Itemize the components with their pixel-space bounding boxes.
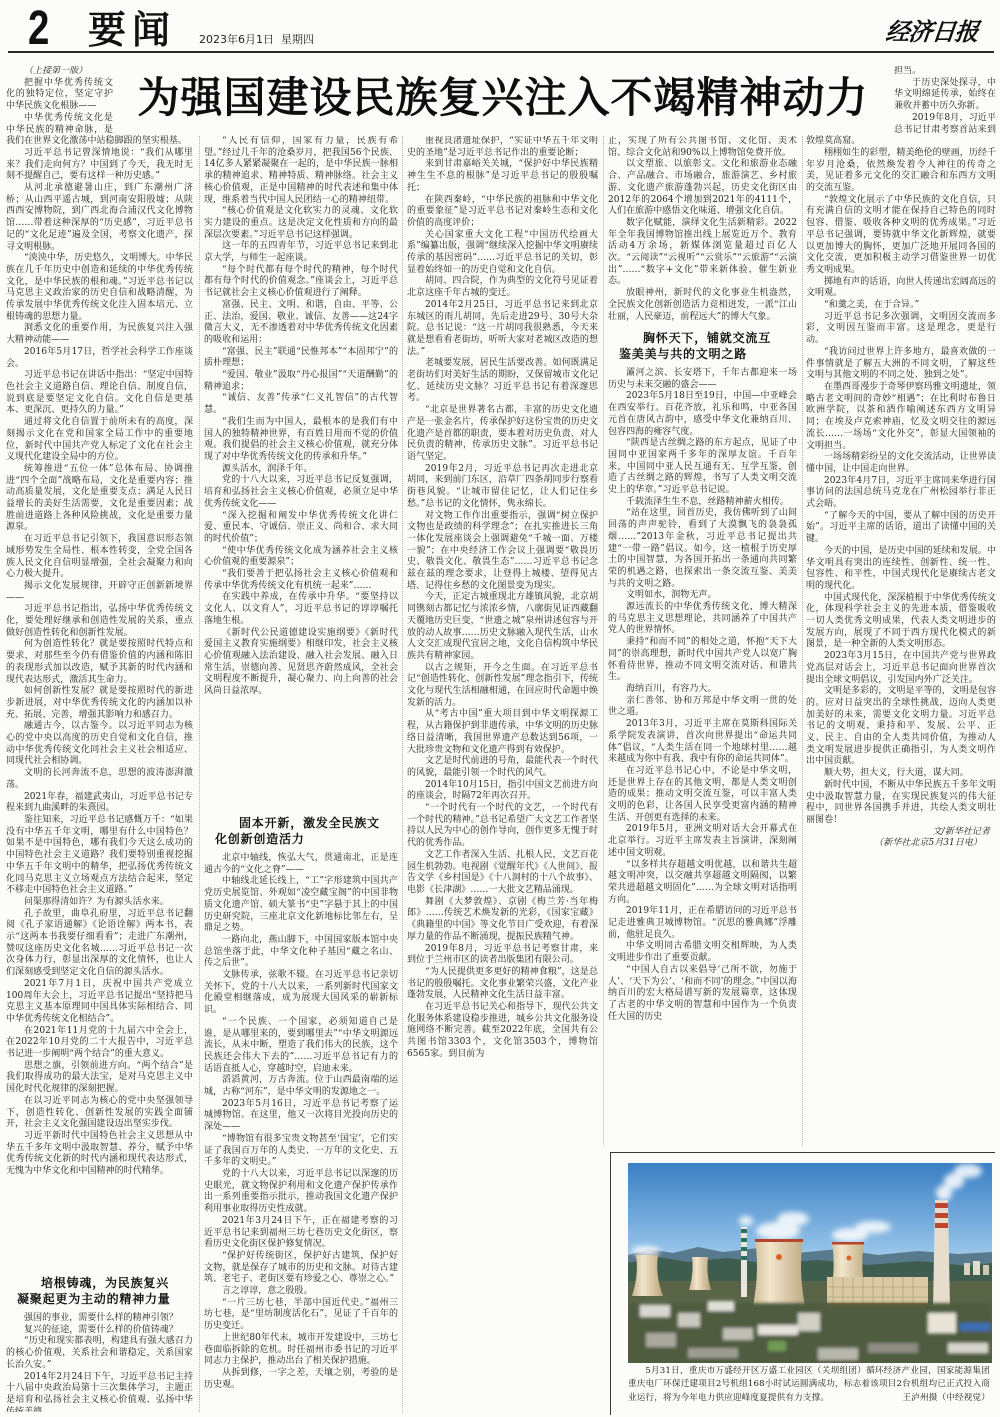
- article-column-2: “人民有信仰，国家有力量，民族有希望。”经过几千年的沧桑岁月，把我国56个民族、…: [204, 136, 398, 809]
- article-paragraph: 思想之旗，引领前进方向。“两个结合”是我们取得成功的最大法宝，是对马克思主义中国…: [6, 1061, 193, 1096]
- article-paragraph: 习近平总书记多次强调，文明因交流而多彩，文明因互鉴而丰富。这是理念，更是行动。: [806, 312, 996, 347]
- article-paragraph: “一片三坊七巷，半部中国近代史。”福州三坊七巷，是“里坊制度活化石”，见证了千百…: [204, 1298, 398, 1333]
- section-subheading: 胸怀天下，铺就交流互鉴美美与共的文明之路: [619, 330, 783, 362]
- article-paragraph: 海纳百川，有容乃大。: [608, 684, 797, 696]
- article-paragraph: 2023年3月15日，在中国共产党与世界政党高层对话会上，习近平总书记面向世界首…: [806, 651, 996, 686]
- masthead-rule: [8, 51, 994, 53]
- article-paragraph: 言之谆谆，意之殷殷。: [204, 1286, 398, 1298]
- article-paragraph: 揭示文化发展规律，开辟守正创新新境界——: [6, 581, 193, 604]
- article-paragraph: 党的十八大以来，习近平总书记反复强调，培育和弘扬社会主义核心价值观，必须立足中华…: [204, 475, 398, 510]
- article-paragraph: “我访问过世界上许多地方，最喜欢做的一件事情就是了解五大洲的不同文明，了解这些文…: [806, 347, 996, 382]
- article-paragraph: 灞河之滨、长安塔下，千年古都迎来一场历史与未来交融的盛会——: [608, 368, 797, 391]
- column-rule: [603, 136, 604, 1146]
- article-paragraph: 从拆到修，一字之差，天壤之别，考验的是历史观。: [204, 1368, 398, 1391]
- article-paragraph: 舞剧《大梦敦煌》、京剧《梅兰芳·当年梅郎》……传统艺术焕发新的光彩，《国家宝藏》…: [407, 897, 598, 944]
- article-paragraph: 在墨西哥漫步于奇琴伊察玛雅文明遗址，领略古老文明间的奇妙“相遇”；在比利时布鲁日…: [806, 382, 996, 452]
- article-paragraph: 文艺是时代前进的号角，最能代表一个时代的风貌，最能引领一个时代的风气。: [407, 756, 598, 779]
- weekday-text: 星期四: [281, 33, 314, 46]
- headline-wrap-spacer: [806, 66, 894, 136]
- article-paragraph: 在习近平总书记关心和指导下，现代公共文化服务体系建设稳步推进，城乡公共文化服务设…: [407, 1002, 598, 1061]
- article-headline: 为强国建设民族复兴注入不竭精神动力: [118, 70, 888, 126]
- article-column-4-section-2: 胸怀天下，铺就交流互鉴美美与共的文明之路灞河之滨、长安塔下，千年古都迎来一场历史…: [608, 324, 797, 1146]
- article-paragraph: “我们要善于把弘扬社会主义核心价值观和传承中华优秀传统文化有机统一起来”……: [204, 569, 398, 592]
- byline: 文/新华社记者: [806, 827, 996, 839]
- article-paragraph: 来到甘肃嘉峪关关城，“保护好中华民族精神生生不息的根脉”是习近平总书记的殷殷嘱托…: [407, 159, 598, 194]
- article-paragraph: 2023年5月16日，习近平总书记考察了运城博物馆。在这里，他又一次将目光投向历…: [204, 1099, 398, 1134]
- article-paragraph: 2021年7月1日，庆祝中国共产党成立100周年大会上，习近平总书记提出“坚持把…: [6, 979, 193, 1026]
- article-paragraph: 文明的长河奔流不息，思想的波涛澎湃激荡。: [6, 768, 193, 791]
- article-paragraph: 2023年4月7日，习近平主席同来华进行国事访问的法国总统马克龙在广州松园举行非…: [806, 476, 996, 511]
- article-paragraph: 千载流泽生生不息，丝路精神薪火相传。: [608, 497, 797, 509]
- article-paragraph: “一个时代有一个时代的文艺，一个时代有一个时代的精神。”总书记希望广大文艺工作者…: [407, 803, 598, 850]
- article-paragraph: 在习近平总书记心中，不论是中华文明，还是世界上存在的其他文明，都是人类文明创造的…: [608, 766, 797, 825]
- article-paragraph: 融通古今，以古鉴今。以习近平同志为核心的党中央以高度的历史自觉和文化自信，推动中…: [6, 721, 193, 768]
- article-paragraph: 顺大势，担大义，行大道，谋大同。: [806, 768, 996, 780]
- article-paragraph: 以文塑旅、以旅彰文。文化和旅游业态融合、产品融合、市场融合，旅游演艺、乡村旅游、…: [608, 159, 797, 218]
- news-photo-power-plant: [628, 1163, 992, 1363]
- article-paragraph: “人民有信仰，国家有力量，民族有希望。”经过几千年的沧桑岁月，把我国56个民族、…: [204, 136, 398, 206]
- article-paragraph: 在陕西秦岭，“中华民族的祖脉和中华文化的重要象征”是习近平总书记对秦岭生态和文化…: [407, 195, 598, 230]
- article-paragraph: 今天，正定古城重现北方雄镇风貌，北京胡同镌刻古都记忆与浓浓乡情，八廓街见证西藏翻…: [407, 592, 598, 662]
- article-paragraph: 源头活水，润泽千年。: [204, 464, 398, 476]
- article-paragraph: 数字化赋能，演绎文化生活新精彩。2022年全年我国博物馆推出线上展览近万个、教育…: [608, 218, 797, 288]
- article-paragraph: “敦煌文化展示了中华民族的文化自信，只有充满自信的文明才能在保持自己特色的同时包…: [806, 195, 996, 277]
- article-paragraph: “富强、民主”联通“民惟邦本”“本固邦宁”的质朴理想；: [204, 347, 398, 370]
- article-paragraph: 在实践中养成，在传承中升华。“要坚持以文化人、以文育人”，习近平总书记的谆谆嘱托…: [204, 592, 398, 627]
- article-paragraph: 《新时代公民道德建设实施纲要》《新时代爱国主义教育实施纲要》相继印发，社会主义核…: [204, 628, 398, 698]
- article-paragraph: 对文物工作作出重要指示，强调“树立保护文物也是政绩的科学理念”；在扎实推进长三角…: [407, 511, 598, 593]
- newspaper-logo: 经济日报: [884, 12, 980, 47]
- article-paragraph: 中轴线北延长线上，“工”字形建筑中国共产党历史展览馆、外观如“凌空藏宝阁”的中国…: [204, 876, 398, 935]
- article-paragraph: 习近平总书记在讲话中指出：“坚定中国特色社会主义道路自信、理论自信、制度自信，说…: [6, 370, 193, 417]
- article-paragraph: “我们生而为中国人，最根本的是我们有中国人的独特精神世界，有百姓日用而不觉的价值…: [204, 417, 398, 464]
- section-title: 要闻: [88, 9, 176, 51]
- article-paragraph: 2019年8月，习近平总书记考察甘肃，来到位于兰州市区的读者出版集团有限公司。: [407, 944, 598, 967]
- article-paragraph: 掷地有声的话语，向世人传递出宏阔高远的文明观。: [806, 277, 996, 300]
- article-paragraph: 今天的中国，是历史中国的延续和发展。中华文明具有突出的连续性、创新性、统一性、包…: [806, 546, 996, 593]
- article-paragraph: 老城要发展，居民生活要改善。如何既满足老街坊们对美好生活的期盼，又保留城市文化记…: [407, 358, 598, 405]
- article-paragraph: 新时代中国，不断从中华民族五千多年文明史中汲取智慧力量，在实现民族复兴的伟大征程…: [806, 780, 996, 827]
- article-paragraph: 洞悉文化的重要作用，为民族复兴注入强大精神动能——: [6, 323, 193, 346]
- article-column-2-section-2: 固本开新，激发全民族文化创新创造活力北京中轴线，恢弘大气，贯通南北，正是连通古今…: [204, 809, 398, 1412]
- dateline: （新华社北京5月31日电）: [806, 838, 996, 850]
- article-paragraph: 鉴往知来，习近平总书记感慨万千：“如果没有中华五千年文明，哪里有什么中国特色？如…: [6, 815, 193, 897]
- article-paragraph: 2023年5月18日至19日，中国—中亚峰会在西安举行。百花齐放，礼乐和鸣，中亚…: [608, 391, 797, 438]
- article-paragraph: “博物馆有很多宝贵文物甚至‘国宝’，它们实证了我国百万年的人类史、一万年的文化史…: [204, 1134, 398, 1169]
- article-paragraph: “以多样共存超越文明优越，以和谐共生超越文明冲突，以交融共享超越文明隔阂，以繁荣…: [608, 860, 797, 907]
- article-paragraph: “爱国、敬业”汲取“丹心报国”“天道酬勤”的精神追求；: [204, 370, 398, 393]
- article-paragraph: 文明如水，润物无声。: [608, 590, 797, 602]
- article-paragraph: 上世纪80年代末，城市开发建设中，三坊七巷面临拆除的危机。时任福州市委书记的习近…: [204, 1333, 398, 1368]
- article-paragraph: 2014年10月15日，指引中国文艺前进方向的座谈会，时隔72年再次召开。: [407, 780, 598, 803]
- article-paragraph: 一路向北，燕山脚下，中国国家版本馆中央总馆坐落于此，中华文化种子基因“藏之名山、…: [204, 935, 398, 970]
- section-subheading: 固本开新，激发全民族文化创新创造活力: [215, 815, 384, 847]
- article-paragraph: 通过将文化自信置于前所未有的高度，深刻揭示文化在党和国家全局工作中的重要地位，新…: [6, 417, 193, 464]
- article-paragraph: “每个时代都有每个时代的精神，每个时代都有每个时代的价值观念。”座谈会上，习近平…: [204, 265, 398, 300]
- article-paragraph: 复兴的征途，需要什么样的价值铸魂？: [6, 1325, 193, 1337]
- article-paragraph: 在2021年11月党的十九届六中全会上，在2022年10月党的二十大报告中，习近…: [6, 1026, 193, 1061]
- article-paragraph: 文明是多彩的，文明是平等的，文明是包容的。应对日益突出的全球性挑战，迈向人类更加…: [806, 686, 996, 768]
- article-paragraph: 一场场精彩纷呈的文化交流活动，让世界读懂中国，让中国走向世界。: [806, 452, 996, 475]
- article-paragraph: 2019年11月，正在希腊访问的习近平总书记走进雅典卫城博物馆。“沉思的雅典娜”…: [608, 906, 797, 941]
- article-paragraph-continued: 止，实现了所有公共图书馆、文化馆、美术馆、综合文化站和90%以上博物馆免费开放。: [608, 136, 797, 159]
- article-paragraph: 孔子故里，曲阜孔府里，习近平总书记翻阅《孔子家语通解》《论语诠解》两本书，表示“…: [6, 909, 193, 979]
- article-paragraph: 习近平新时代中国特色社会主义思想从中华五千多年文明中汲取智慧、养分，赋予中华优秀…: [6, 1131, 193, 1178]
- article-paragraph: 重视良渚遗址保护，“实证中华五千年文明史的圣地”是习近平总书记作出的重要论断；: [407, 136, 598, 159]
- photo-credit: 王泸州摄（中经视觉）: [897, 1392, 990, 1405]
- article-paragraph: 强国的事业，需要什么样的精神引领？: [6, 1313, 193, 1325]
- article-paragraph: “了解今天的中国，要从了解中国的历史开始”。习近平主席的话语，道出了读懂中国的关…: [806, 511, 996, 546]
- column-rule: [402, 136, 403, 1412]
- article-paragraph: 关心国家重大文化工程“中国历代绘画大系”编纂出版，强调“继续深入挖掘中华文明赓续…: [407, 230, 598, 277]
- article-column-1: （上接第一版）把握中华优秀传统文化的独特定位，坚定守护中华民族文化根脉——中华优…: [6, 66, 193, 1269]
- article-paragraph: 滔滔黄河，万古奔流。位于山西最南端的运城，古称“河东”，是中华文明的发源地之一。: [204, 1075, 398, 1098]
- article-paragraph: “和羹之美，在于合异。”: [806, 300, 996, 312]
- article-paragraph: 2014年2月24日下午，习近平总书记主持十八届中央政治局第十三次集体学习，主题…: [6, 1372, 193, 1412]
- article-paragraph: 放眼神州，新时代的文化事业生机盎然，全民族文化创新创造活力竞相迸发，一派“江山壮…: [608, 288, 797, 323]
- page-number: 2: [28, 4, 49, 54]
- article-paragraph: “站在这里，回首历史，我仿佛听到了山间回荡的声声驼铃，看到了大漠飘飞的袅袅孤烟……: [608, 508, 797, 590]
- article-paragraph: 以古之规矩，开今之生面。在习近平总书记“创造性转化、创新性发展”理念指引下，传统…: [407, 663, 598, 710]
- article-column-1-section-2: 培根铸魂，为民族复兴凝聚起更为主动的精神力量强国的事业，需要什么样的精神引领？复…: [6, 1269, 193, 1412]
- article-paragraph: “一个民族、一个国家，必须知道自己是谁，是从哪里来的，要到哪里去”“中华文明源远…: [204, 1017, 398, 1076]
- article-paragraph: “核心价值观是文化软实力的灵魂、文化软实力建设的重点。这是决定文化性质和方向的最…: [204, 206, 398, 241]
- article-paragraph: 2019年5月，亚洲文明对话大会开幕式在北京举行。习近平主席发表主旨演讲，深刻阐…: [608, 824, 797, 859]
- article-paragraph: “诚信、友善”传承“仁义礼智信”的古代智慧。: [204, 393, 398, 416]
- article-paragraph: “泱泱中华，历史悠久，文明博大。中华民族在几千年历史中创造和延续的中华优秀传统文…: [6, 253, 193, 323]
- article-paragraph: 胡同、四合院，作为典型的文化符号见证着北京这座千年古城的变迁。: [407, 276, 598, 299]
- photo-caption: 5月31日，重庆市万盛经开区万盛工业园区（关坝组团）循环经济产业园，国家能源集团…: [628, 1365, 990, 1405]
- article-paragraph: 从“考古中国”重大项目到中华文明探源工程，从古籍保护到非遗传承，中华文明的历史脉…: [407, 709, 598, 756]
- article-paragraph: 亲仁善邻、协和万邦是中华文明一贯的处世之道。: [608, 696, 797, 719]
- column-rule: [199, 136, 200, 1412]
- article-paragraph: 习近平总书记曾深情地说：“我们从哪里来？我们走向何方？中国到了今天，我无时无刻不…: [6, 148, 193, 183]
- date-text: 2023年6月1日: [199, 33, 274, 46]
- article-paragraph: 2021年春，福建武夷山，习近平总书记专程来到九曲溪畔的朱熹园。: [6, 792, 193, 815]
- article-paragraph: 2016年5月17日，哲学社会科学工作座谈会。: [6, 347, 193, 370]
- article-paragraph: “北京是世界著名古都，丰富的历史文化遗产是一张金名片，传承保护好这份宝贵的历史文…: [407, 405, 598, 464]
- column-rule: [802, 136, 803, 1146]
- article-column-5: 担当。于历史深处探寻，中华文明绵延传承，始终在兼收并蓄中历久弥新。2019年8月…: [806, 66, 996, 1146]
- article-paragraph: “为人民提供更多更好的精神食粮”，这是总书记的殷殷嘱托。文化事业繁荣兴盛，文化产…: [407, 967, 598, 1002]
- column-1-body: （上接第一版）把握中华优秀传统文化的独特定位，坚定守护中华民族文化根脉——中华优…: [6, 66, 193, 1178]
- article-paragraph: 2019年2月，习近平总书记再次走进北京胡同，来到前门东区，沿草厂四条胡同步行察…: [407, 464, 598, 511]
- article-paragraph: “中国人自古以来倡导‘己所不欲，勿施于人’、‘天下为公’、‘和而不同’的理念。”…: [608, 965, 797, 1024]
- article-paragraph: 2014年2月25日，习近平总书记来到北京东城区的雨儿胡同，先后走进29号、30…: [407, 300, 598, 359]
- article-paragraph: 源远流长的中华优秀传统文化，博大精深的马克思主义思想理论，共同涵养了中国共产党人…: [608, 602, 797, 637]
- article-paragraph: 栩栩如生的彩塑，精美绝伦的壁画，历经千年岁月沧桑，依然焕发着令人神往的传奇之美，…: [806, 148, 996, 195]
- article-column-4: 止，实现了所有公共图书馆、文化馆、美术馆、综合文化站和90%以上博物馆免费开放。…: [608, 136, 797, 324]
- article-paragraph: 2021年3月24日下午，正在福建考察的习近平总书记来到福州三坊七巷历史文化街区…: [204, 1216, 398, 1251]
- article-paragraph: 如何创新性发展？就是要按照时代的新进步新进展，对中华优秀传统文化的内涵加以补充、…: [6, 686, 193, 721]
- article-paragraph: 富强、民主、文明、和谐，自由、平等、公正、法治，爱国、敬业、诚信、友善——这24…: [204, 300, 398, 347]
- article-paragraph: “陕西是古丝绸之路的东方起点，见证了中国同中亚国家两千多年的深厚友谊。千百年来，…: [608, 438, 797, 497]
- article-paragraph: “深入挖掘和阐发中华优秀传统文化讲仁爱、重民本、守诚信、崇正义、尚和合、求大同的…: [204, 511, 398, 546]
- issue-date: 2023年6月1日星期四: [199, 33, 321, 47]
- article-paragraph: 文脉传承，弦歌不辍。在习近平总书记亲切关怀下，党的十八大以来，一系列新时代国家文…: [204, 970, 398, 1017]
- article-paragraph: 统筹推进“五位一体”总体布局、协调推进“四个全面”战略布局，文化是重要内容；推动…: [6, 464, 193, 534]
- article-paragraph: 党的十八大以来，习近平总书记以深邃的历史眼光，就文物保护利用和文化遗产保护传承作…: [204, 1169, 398, 1216]
- article-column-3: 重视良渚遗址保护，“实证中华五千年文明史的圣地”是习近平总书记作出的重要论断；来…: [407, 136, 598, 1412]
- article-paragraph: 2013年3月，习近平主席在莫斯科国际关系学院发表演讲，首次向世界提出“命运共同…: [608, 719, 797, 766]
- article-paragraph: 习近平总书记指出，弘扬中华优秀传统文化，要处理好继承和创造性发展的关系，重点做好…: [6, 604, 193, 639]
- article-paragraph: 中华文明同古希腊文明交相辉映，为人类文明进步作出了重要贡献。: [608, 941, 797, 964]
- article-paragraph: 从河北承德避暑山庄，到广东潮州广济桥；从山西平遥古城，到河南安阳殷墟；从陕西西安…: [6, 183, 193, 253]
- article-paragraph: 在以习近平同志为核心的党中央坚强领导下，创造性转化、创新性发展的实践全面铺开，社…: [6, 1096, 193, 1131]
- article-paragraph: “历史和现实都表明，构建具有强大感召力的核心价值观，关系社会和谐稳定，关系国家长…: [6, 1336, 193, 1371]
- article-paragraph: 北京中轴线，恢弘大气，贯通南北，正是连通古今的“文化之脊”——: [204, 853, 398, 876]
- article-paragraph: 文艺工作者深入生活、扎根人民，文艺百花园生机勃勃。电视剧《觉醒年代》《人世间》、…: [407, 850, 598, 897]
- article-paragraph: 问渠那得清如许？为有源头活水来。: [6, 897, 193, 909]
- section-subheading: 培根铸魂，为民族复兴凝聚起更为主动的精神力量: [17, 1275, 179, 1307]
- headline-wrap-spacer: [113, 66, 193, 136]
- article-paragraph: 何为创造性转化？就是要按照时代特点和要求，对那些至今仍有借鉴价值的内涵和陈旧的表…: [6, 639, 193, 686]
- column-5-body: 担当。于历史深处探寻，中华文明绵延传承，始终在兼收并蓄中历久弥新。2019年8月…: [806, 66, 996, 850]
- article-paragraph: 秉持“和而不同”的相处之道，怀抱“天下大同”的崇高理想，新时代中国共产党人以宽广…: [608, 637, 797, 684]
- article-paragraph: 中国式现代化，深深植根于中华优秀传统文化，体现科学社会主义的先进本质，借鉴吸收一…: [806, 593, 996, 652]
- power-plant-illustration: [628, 1163, 992, 1363]
- article-paragraph: 在习近平总书记引领下，我国意识形态领域形势发生全局性、根本性转变，全党全国各族人…: [6, 534, 193, 581]
- article-paragraph: 这一年的五四青年节，习近平总书记来到北京大学，与师生一起座谈。: [204, 241, 398, 264]
- article-paragraph: “保护好传统街区，保护好古建筑，保护好文物，就是保存了城市的历史和文脉。对待古建…: [204, 1251, 398, 1286]
- article-paragraph: “使中华优秀传统文化成为涵养社会主义核心价值观的重要源泉”；: [204, 546, 398, 569]
